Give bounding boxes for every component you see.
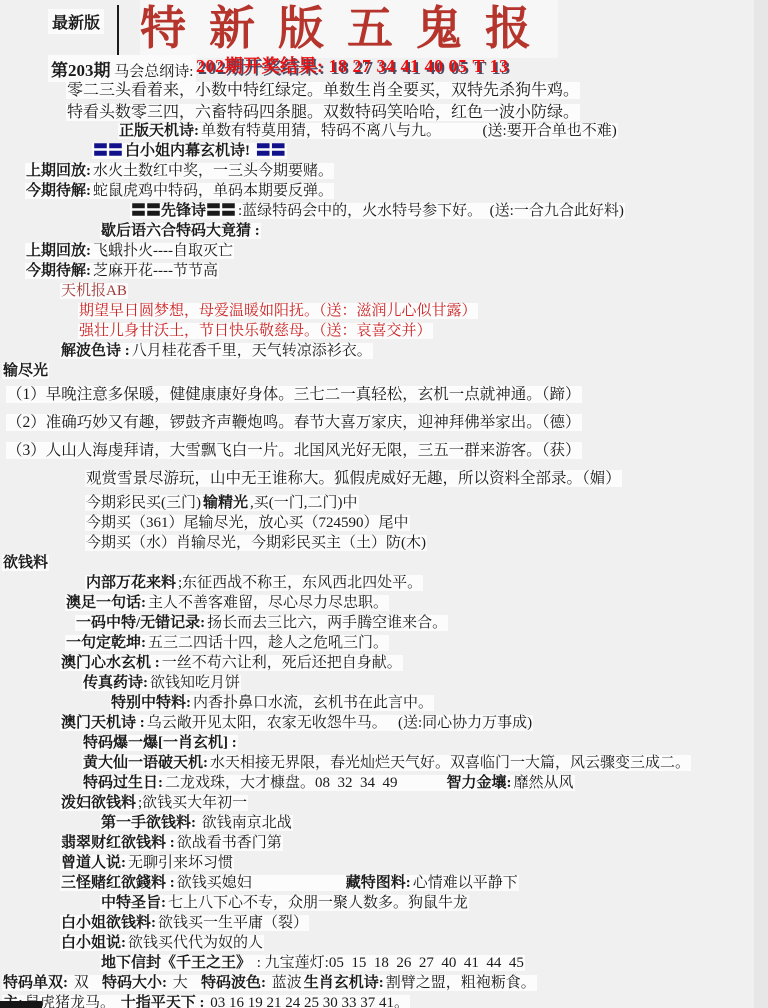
outline-poem-line-1: 零二三头看着来，小数中特红绿定。单数生肖全要买，双特先杀狗牛鸡。 xyxy=(66,77,580,100)
line-text: 蓝波 xyxy=(267,975,303,991)
line-label: 澳门心水玄机 : xyxy=(60,655,161,671)
text-line: （2）准确巧妙又有趣，锣鼓齐声鞭炮鸣。春节大喜万家庆，迎神拜佛举家出。（德） xyxy=(0,409,768,437)
line-text: 大 xyxy=(168,975,200,991)
text-line: 〓〓白小姐内幕玄机诗! 〓〓 xyxy=(0,141,768,161)
line-text: 一丝不苟六让利，死后还把自身献。 xyxy=(161,655,403,671)
line-text: 双 xyxy=(69,975,101,991)
line-text: 欲战看书香门第 xyxy=(176,835,283,851)
line-label: 白小姐说: xyxy=(60,935,127,951)
text-line: 今期彩民买(三门)输精光,买(一门,二门)中 xyxy=(0,493,768,513)
line-text xyxy=(435,123,482,139)
text-line: 黄大仙一语破天机:水天相接无界限，春光灿烂天气好。双喜临门一大篇，风云骤变三成二… xyxy=(0,753,768,773)
line-label: 第一手欲钱料: xyxy=(100,815,197,831)
text-line: 泼妇欲钱料;欲钱买大年初一 xyxy=(0,793,768,813)
text-line: 特码爆一爆[一肖玄机] : xyxy=(0,733,768,753)
text-line: 曾道人说:无聊引来坏习惯 xyxy=(0,853,768,873)
line-text: 主人不善客难留，尽心尽力尽忠职。 xyxy=(147,595,389,611)
line-text: 割臂之盟，粗袍粝食。 xyxy=(385,975,537,991)
line-text: 单数有特莫用猜，特码不离八与九。 xyxy=(200,123,435,139)
line-label: 歇后语六合特码大竟猜 : xyxy=(100,223,261,239)
text-line: 白小姐说:欲钱买代代为奴的人 xyxy=(0,933,768,953)
text-line: 地下信封《千王之王》 : 九宝莲灯:05 15 18 26 27 40 41 4… xyxy=(0,953,768,973)
line-label: 智力金壤: xyxy=(446,775,513,791)
text-line: 今期待解:芝麻开花----节节高 xyxy=(0,261,768,281)
text-line: 强壮儿身甘沃土，节日快乐敬慈母。（送：哀喜交并） xyxy=(0,321,768,341)
text-line: 今期买（水）肖输尽光，今期彩民买主（土）防(木) xyxy=(0,533,768,553)
last-draw-result-overlay: 202期开奖结果: 18 27 34 41 40 05 T 13 xyxy=(196,52,509,78)
line-label: 〓〓先锋诗〓〓 xyxy=(130,203,237,219)
line-text: 欲钱知吃月饼 xyxy=(149,675,241,691)
line-text: 靡然从风 xyxy=(513,775,575,791)
line-label: 上期回放: xyxy=(25,163,92,179)
line-text: :蓝绿特码会中的，火水特号参下好。 (送:一合九合此好料) xyxy=(237,203,625,219)
line-label: 白小姐欲钱料: xyxy=(60,915,157,931)
line-text xyxy=(253,875,345,891)
text-line: 天机报AB xyxy=(0,281,768,301)
line-label: 生肖玄机诗: xyxy=(303,975,385,991)
line-label: 特码过生日: xyxy=(82,775,164,791)
text-line: 中特圣旨:七上八下心不专，众朋一聚人数多。狗鼠牛龙 xyxy=(0,893,768,913)
line-label: 澳足一句话: xyxy=(65,595,147,611)
line-label: 欲钱料 xyxy=(2,555,49,571)
text-line: 白小姐欲钱料:欲钱买一生平庸（裂） xyxy=(0,913,768,933)
text-line: 三怪赌红欲錢料 :欲钱买媳妇 藏特图料:心情难以平静下 xyxy=(0,873,768,893)
line-text: 蛇鼠虎鸡中特码，单码本期要反弹。 xyxy=(92,183,334,199)
page-title: 特新版五鬼报 xyxy=(140,0,558,58)
line-text: 期望早日圆梦想，母爱温暖如阳抚。（送：滋润儿心似甘露） xyxy=(78,303,478,319)
line-label: 输精光 xyxy=(202,495,249,511)
line-text: 今期买（水）肖输尽光，今期彩民买主（土）防(木) xyxy=(85,535,427,551)
text-line: 主:鼠虎猪龙马。 十指平天下 : 03 16 19 21 24 25 30 33… xyxy=(0,993,768,1008)
line-text: （3）人山人海虔拜请，大雪飘飞白一片。北国风光好无限，三五一群来游客。（获） xyxy=(6,442,582,459)
line-label: 上期回放: xyxy=(25,243,92,259)
text-line: 今期待解:蛇鼠虎鸡中特码，单码本期要反弹。 xyxy=(0,181,768,201)
line-label: 地下信封《千王之王》 xyxy=(100,955,252,971)
line-label: 传真药诗: xyxy=(82,675,149,691)
text-line: 特码单双: 双 特码大小: 大 特码波色: 蓝波生肖玄机诗:割臂之盟，粗袍粝食。 xyxy=(0,973,768,993)
line-label: 输尽光 xyxy=(2,363,49,379)
line-text: 七上八下心不专，众朋一聚人数多。狗鼠牛龙 xyxy=(167,895,469,911)
line-text: （2）准确巧妙又有趣，锣鼓齐声鞭炮鸣。春节大喜万家庆，迎神拜佛举家出。（德） xyxy=(6,414,582,431)
text-line: 澳门天机诗 :乌云敞开见太阳，农家无收怨牛马。 (送:同心协力万事成) xyxy=(0,713,768,733)
five-ghost-report-page: 最新版 特新版五鬼报 第203期 马会总纲诗: 202期开奖结果: 18 27 … xyxy=(0,0,768,1008)
line-label: 三怪赌红欲錢料 : xyxy=(60,875,176,891)
line-label: 翡翠财红欲钱料 : xyxy=(60,835,176,851)
scan-corner-artifact xyxy=(0,1001,42,1008)
text-line: 内部万花来料;东征西战不称王，东风西北四处平。 xyxy=(0,573,768,593)
line-text: 飞蛾扑火----自取灭亡 xyxy=(92,243,234,259)
line-text: 水天相接无界限，春光灿烂天气好。双喜临门一大篇，风云骤变三成二。 xyxy=(209,755,691,771)
line-text: （1）早晚注意多保暖，健健康康好身体。三七二一真轻松，玄机一点就神通。（蹄） xyxy=(6,386,582,403)
content-lines: 正版天机诗:单数有特莫用猜，特码不离八与九。 (送:要开合单也不难)〓〓白小姐内… xyxy=(0,121,768,1008)
line-label: 内部万花来料 xyxy=(85,575,177,591)
line-label: 特码波色: xyxy=(200,975,267,991)
line-text: 欲钱南京北战 xyxy=(197,815,293,831)
text-line: 传真药诗:欲钱知吃月饼 xyxy=(0,673,768,693)
line-label: 曾道人说: xyxy=(60,855,127,871)
text-line: （1）早晚注意多保暖，健健康康好身体。三七二一真轻松，玄机一点就神通。（蹄） xyxy=(0,381,768,409)
text-line: 特码过生日:二龙戏珠，大才槺盘。08 32 34 49 智力金壤:靡然从风 xyxy=(0,773,768,793)
line-text: 〓〓 xyxy=(92,143,124,159)
line-label: 澳门天机诗 : xyxy=(60,715,146,731)
line-text: 强壮儿身甘沃土，节日快乐敬慈母。（送：哀喜交并） xyxy=(78,323,433,339)
line-label: 解波色诗 : xyxy=(60,343,131,359)
text-line: 观赏雪景尽游玩，山中无王谁称大。狐假虎威好无趣，所以资料全部录。（媚） xyxy=(0,465,768,493)
line-label: 中特圣旨: xyxy=(100,895,167,911)
outline-poem-line-2: 特看头数零三四，六畜特码四条腿。双数特码笑哈哈，红色一波小防绿。 xyxy=(66,99,580,122)
line-text: 欲钱买一生平庸（裂） xyxy=(157,915,309,931)
line-label: 今期待解: xyxy=(25,263,92,279)
text-line: （3）人山人海虔拜请，大雪飘飞白一片。北国风光好无限，三五一群来游客。（获） xyxy=(0,437,768,465)
text-line: 上期回放:飞蛾扑火----自取灭亡 xyxy=(0,241,768,261)
text-line: 一码中特/无错记录:扬长而去三比六，两手腾空谁来合。 xyxy=(0,613,768,633)
text-line: 〓〓先锋诗〓〓:蓝绿特码会中的，火水特号参下好。 (送:一合九合此好料) xyxy=(0,201,768,221)
text-line: 正版天机诗:单数有特莫用猜，特码不离八与九。 (送:要开合单也不难) xyxy=(0,121,768,141)
line-label: 今期待解: xyxy=(25,183,92,199)
line-text: 内香扑鼻口水流，玄机书在此言中。 xyxy=(192,695,434,711)
line-text: 心情难以平静下 xyxy=(412,875,519,891)
title-divider xyxy=(117,5,119,57)
line-label: 特码大小: xyxy=(101,975,168,991)
line-text: 八月桂花香千里，天气转凉添衫衣。 xyxy=(131,343,373,359)
line-text: ;东征西战不称王，东风西北四处平。 xyxy=(177,575,423,591)
text-line: 翡翠财红欲钱料 :欲战看书香门第 xyxy=(0,833,768,853)
line-text: : 九宝莲灯:05 15 18 26 27 40 41 44 45 xyxy=(252,955,525,971)
line-text: (送:要开合单也不难) xyxy=(482,123,618,139)
line-text: ;欲钱买大年初一 xyxy=(137,795,248,811)
line-text: 芝麻开花----节节高 xyxy=(92,263,219,279)
line-text: 扬长而去三比六，两手腾空谁来合。 xyxy=(206,615,448,631)
line-label: 十指平天下 : xyxy=(120,995,206,1008)
line-text: 天机报AB xyxy=(60,283,128,299)
text-line: 一句定乾坤:五三二四话十四，趁人之危吼三门。 xyxy=(0,633,768,653)
line-label: 一句定乾坤: xyxy=(65,635,147,651)
line-text: 乌云敞开见太阳，农家无收怨牛马。 (送:同心协力万事成) xyxy=(146,715,533,731)
line-label: 特别中特料: xyxy=(110,695,192,711)
line-text: 03 16 19 21 24 25 30 33 37 41。 xyxy=(206,995,411,1008)
line-text: 欲钱买代代为奴的人 xyxy=(127,935,264,951)
text-line: 解波色诗 :八月桂花香千里，天气转凉添衫衣。 xyxy=(0,341,768,361)
text-line: 澳足一句话:主人不善客难留，尽心尽力尽忠职。 xyxy=(0,593,768,613)
line-label: 藏特图料: xyxy=(345,875,412,891)
line-text: 观赏雪景尽游玩，山中无王谁称大。狐假虎威好无趣，所以资料全部录。（媚） xyxy=(85,470,622,487)
line-text: 五三二四话十四，趁人之危吼三门。 xyxy=(147,635,389,651)
line-text: 欲钱买媳妇 xyxy=(176,875,253,891)
line-text: 水火土数红中奖，一三头今期要赌。 xyxy=(92,163,334,179)
text-line: 今期买（361）尾输尽光，放心买（724590）尾中 xyxy=(0,513,768,533)
text-line: 澳门心水玄机 :一丝不苟六让利，死后还把自身献。 xyxy=(0,653,768,673)
edition-label: 最新版 xyxy=(48,9,104,34)
line-text: 今期彩民买(三门) xyxy=(85,495,202,511)
line-label: 白小姐内幕玄机诗! xyxy=(124,143,255,159)
line-label: 特码单双: xyxy=(2,975,69,991)
text-line: 第一手欲钱料: 欲钱南京北战 xyxy=(0,813,768,833)
line-text: 〓〓 xyxy=(255,143,287,159)
line-label: 特码爆一爆[一肖玄机] : xyxy=(82,735,238,751)
line-label: 泼妇欲钱料 xyxy=(60,795,137,811)
line-text: ,买(一门,二门)中 xyxy=(249,495,359,511)
text-line: 上期回放:水火土数红中奖，一三头今期要赌。 xyxy=(0,161,768,181)
header: 最新版 特新版五鬼报 第203期 马会总纲诗: 202期开奖结果: 18 27 … xyxy=(0,0,768,121)
line-text xyxy=(399,775,446,791)
line-text: 无聊引来坏习惯 xyxy=(127,855,234,871)
line-label: 正版天机诗: xyxy=(118,123,200,139)
line-text: 今期买（361）尾输尽光，放心买（724590）尾中 xyxy=(85,515,410,531)
text-line: 输尽光 xyxy=(0,361,768,381)
text-line: 特别中特料:内香扑鼻口水流，玄机书在此言中。 xyxy=(0,693,768,713)
text-line: 歇后语六合特码大竟猜 : xyxy=(0,221,768,241)
line-label: 一码中特/无错记录: xyxy=(75,615,206,631)
line-text: 二龙戏珠，大才槺盘。08 32 34 49 xyxy=(164,775,399,791)
text-line: 欲钱料 xyxy=(0,553,768,573)
text-line: 期望早日圆梦想，母爱温暖如阳抚。（送：滋润儿心似甘露） xyxy=(0,301,768,321)
line-label: 黄大仙一语破天机: xyxy=(82,755,209,771)
